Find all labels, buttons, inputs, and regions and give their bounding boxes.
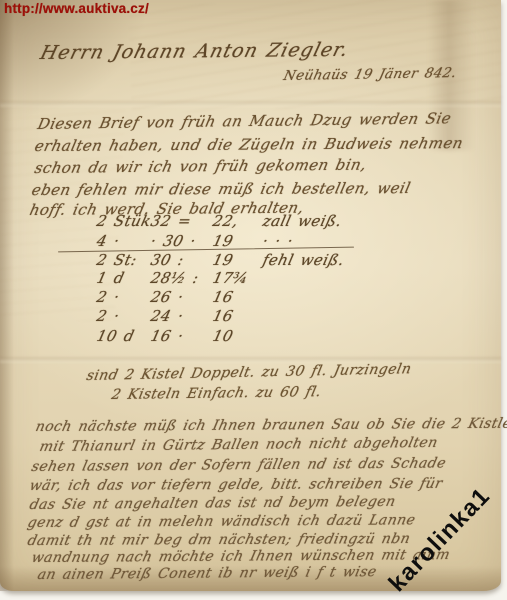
qty-cell: 1 d xyxy=(95,269,153,287)
width-cell: 24 · xyxy=(149,307,215,325)
width-cell: 28½ : xyxy=(149,269,215,287)
paragraph2-line: sehen lassen von der Sofern fällen nd is… xyxy=(30,455,448,475)
height-cell: 19 xyxy=(211,251,265,269)
note-cell: zall weiß. xyxy=(261,212,344,230)
auktiva-url-watermark: http://www.auktiva.cz/ xyxy=(4,1,149,16)
paragraph1-line: eben fehlen mir diese müß ich bestellen,… xyxy=(30,179,412,199)
paragraph1-line: erhalten haben, und die Zügeln in Budwei… xyxy=(33,134,465,155)
paragraph2-line: wär, ich das vor tiefern gelde, bitt. sc… xyxy=(28,476,444,494)
height-cell: 16 xyxy=(211,288,265,306)
qty-cell: 2 St: xyxy=(95,251,153,269)
order-table-row: 2 · 26 · 16 xyxy=(95,288,265,306)
width-cell: 26 · xyxy=(149,288,215,306)
paragraph2-line: noch nächste müß ich Ihnen braunen Sau o… xyxy=(34,416,507,435)
height-cell: 10 xyxy=(211,327,265,345)
qty-cell: 2 · xyxy=(95,307,153,325)
height-cell: 16 xyxy=(211,307,265,325)
order-table-row: 1 d 28½ : 17¾ xyxy=(95,269,265,287)
order-table-row: 2 Stük 32 = 22, zall weiß. xyxy=(95,212,344,230)
dateline: Neühaüs 19 Jäner 842. xyxy=(282,65,458,84)
paragraph2-line: damit th nt mir beg dm nächsten; friedin… xyxy=(26,531,412,549)
width-cell: · 30 · xyxy=(149,232,215,250)
scanned-letter-page: http://www.auktiva.cz/ Herrn Johann Anto… xyxy=(0,0,501,591)
width-cell: 30 : xyxy=(149,251,215,269)
qty-cell: 2 Stük xyxy=(95,212,153,230)
middle-note-line: sind 2 Kistel Doppelt. zu 30 fl. Jurzing… xyxy=(85,361,413,384)
order-table-row: 2 · 24 · 16 xyxy=(95,307,265,325)
fold-crease xyxy=(0,357,501,363)
paragraph1-line: schon da wir ich von früh gekomen bin, xyxy=(33,156,368,177)
order-table-row: 10 d 16 · 10 xyxy=(95,327,265,345)
qty-cell: 2 · xyxy=(95,288,153,306)
qty-cell: 4 · xyxy=(95,232,153,250)
paragraph2-line: wandnung nach möchte ich Ihnen wünschen … xyxy=(30,547,452,566)
paragraph1-line: Diesen Brief von früh an Mauch Dzug werd… xyxy=(36,109,453,133)
paragraph2-line: mit Thianurl in Gürtz Ballen noch nicht … xyxy=(38,435,439,455)
fold-crease xyxy=(0,101,501,107)
edge-shadow xyxy=(0,0,14,591)
height-cell: 17¾ xyxy=(211,269,265,287)
middle-note-line: 2 Kisteln Einfach. zu 60 fl. xyxy=(110,384,323,403)
recipient-line: Herrn Johann Anton Ziegler. xyxy=(38,39,351,64)
width-cell: 32 = xyxy=(149,212,215,230)
paragraph2-line: an ainen Preiß Conent ib nr weiß i f t w… xyxy=(36,564,378,583)
height-cell: 22, xyxy=(211,212,265,230)
order-table-row: 2 St: 30 : 19 fehl weiß. xyxy=(95,251,346,269)
note-cell: fehl weiß. xyxy=(261,251,346,269)
qty-cell: 10 d xyxy=(95,327,153,345)
paragraph2-line: genz d gst at in melehn wändisch ich daz… xyxy=(26,512,417,531)
width-cell: 16 · xyxy=(149,327,215,345)
paragraph2-line: das Sie nt angehalten das ist nd beym be… xyxy=(28,494,397,513)
